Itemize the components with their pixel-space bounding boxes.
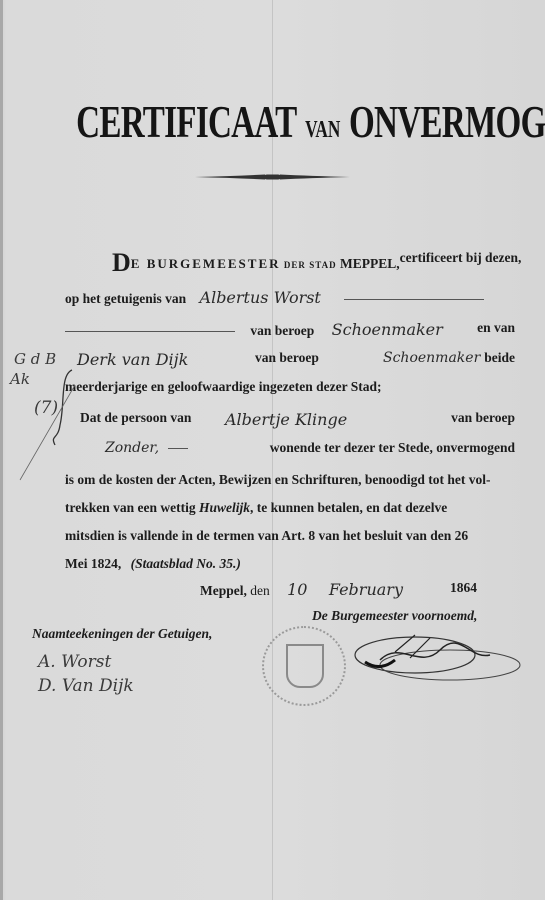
text-stad: STAD <box>309 260 336 270</box>
title-part-3: ONVERMOGEN. <box>349 96 545 147</box>
text-burgemeester: E BURGEMEESTER <box>131 256 281 271</box>
document-page: CERTIFICAAT VAN ONVERMOGEN. DE BURGEMEES… <box>0 0 545 900</box>
text-meerderjarige: meerderjarige en geloofwaardige ingezete… <box>65 379 382 394</box>
text-van-beroep: van beroep <box>250 323 314 338</box>
handwritten-month: February <box>329 580 403 599</box>
text-der: DER <box>284 260 306 270</box>
line-staatsblad: Mei 1824, (Staatsblad No. 35.) <box>65 556 515 572</box>
text-getuigenis: op het getuigenis van <box>65 291 186 306</box>
text-betalen: , te kunnen betalen, en dat dezelve <box>250 500 447 515</box>
line-person: Dat de persoon van Albertje Klinge van b… <box>80 410 515 426</box>
text-year: 1864 <box>450 580 477 596</box>
handwritten-witness-1: Albertus Worst <box>200 288 321 307</box>
line-costs: is om de kosten der Acten, Bewijzen en S… <box>65 472 515 488</box>
line-marriage: trekken van een wettig Huwelijk, te kunn… <box>65 500 515 516</box>
witness-signature-2: D. Van Dijk <box>38 676 134 696</box>
witness-signature-1: A. Worst <box>38 652 111 672</box>
text-mitsdien: mitsdien is vallende in de termen van Ar… <box>65 528 468 543</box>
text-dat-de-persoon: Dat de persoon van <box>80 410 191 425</box>
drop-cap: D <box>112 248 131 277</box>
line-witness-1: op het getuigenis van Albertus Worst <box>65 288 515 307</box>
handwritten-witness-2: Derk van Dijk <box>77 350 188 369</box>
mayor-signature-icon <box>340 630 525 690</box>
document-title: CERTIFICAAT VAN ONVERMOGEN. <box>76 95 468 148</box>
text-certificeert: certificeert bij dezen, <box>400 250 522 276</box>
text-en-van: en van <box>477 320 515 336</box>
title-part-2: VAN <box>305 117 340 143</box>
seal-shield-icon <box>286 644 324 688</box>
fill-line <box>65 331 235 332</box>
handwritten-day: 10 <box>287 580 307 599</box>
handwritten-occupation-3: Zonder, <box>105 440 159 456</box>
municipal-seal-icon <box>262 626 346 706</box>
margin-bracket-icon <box>10 365 80 485</box>
line-witness-2: Derk van Dijk van beroep Schoenmaker bei… <box>65 350 515 369</box>
line-mayor: DE BURGEMEESTER DER STAD MEPPEL, certifi… <box>112 250 515 276</box>
text-huwelijk: Huwelijk <box>199 500 250 515</box>
fill-line <box>344 299 484 300</box>
line-residents: meerderjarige en geloofwaardige ingezete… <box>65 379 515 395</box>
text-van-beroep: van beroep <box>451 410 515 426</box>
text-trekken: trekken van een wettig <box>65 500 196 515</box>
line-occupation-1: van beroep Schoenmaker en van <box>65 320 515 339</box>
page-edge <box>0 0 3 900</box>
text-mei-1824: Mei 1824, <box>65 556 121 571</box>
text-van-beroep: van beroep <box>255 350 319 366</box>
handwritten-person: Albertje Klinge <box>225 410 347 429</box>
text-beide: beide <box>484 350 515 366</box>
text-den: den <box>250 583 270 598</box>
text-kosten: is om de kosten der Acten, Bewijzen en S… <box>65 472 491 487</box>
mayor-label: De Burgemeester voornoemd, <box>312 608 512 624</box>
text-wonende: wonende ter dezer ter Stede, onvermogend <box>270 440 515 456</box>
handwritten-occupation-1: Schoenmaker <box>332 320 443 339</box>
line-article: mitsdien is vallende in de termen van Ar… <box>65 528 515 544</box>
fill-line <box>168 448 188 449</box>
text-staatsblad: (Staatsblad No. 35.) <box>131 556 241 571</box>
ornament-divider-icon <box>195 173 350 181</box>
date-line: Meppel, den 10 February 1864 <box>200 580 500 599</box>
witnesses-label: Naamteekeningen der Getuigen, <box>32 626 252 642</box>
title-part-1: CERTIFICAAT <box>76 96 296 147</box>
line-residence: Zonder, wonende ter dezer ter Stede, onv… <box>65 440 515 456</box>
text-meppel: MEPPEL, <box>340 256 400 271</box>
handwritten-occupation-2: Schoenmaker <box>383 350 480 366</box>
text-meppel-date: Meppel, <box>200 583 247 598</box>
